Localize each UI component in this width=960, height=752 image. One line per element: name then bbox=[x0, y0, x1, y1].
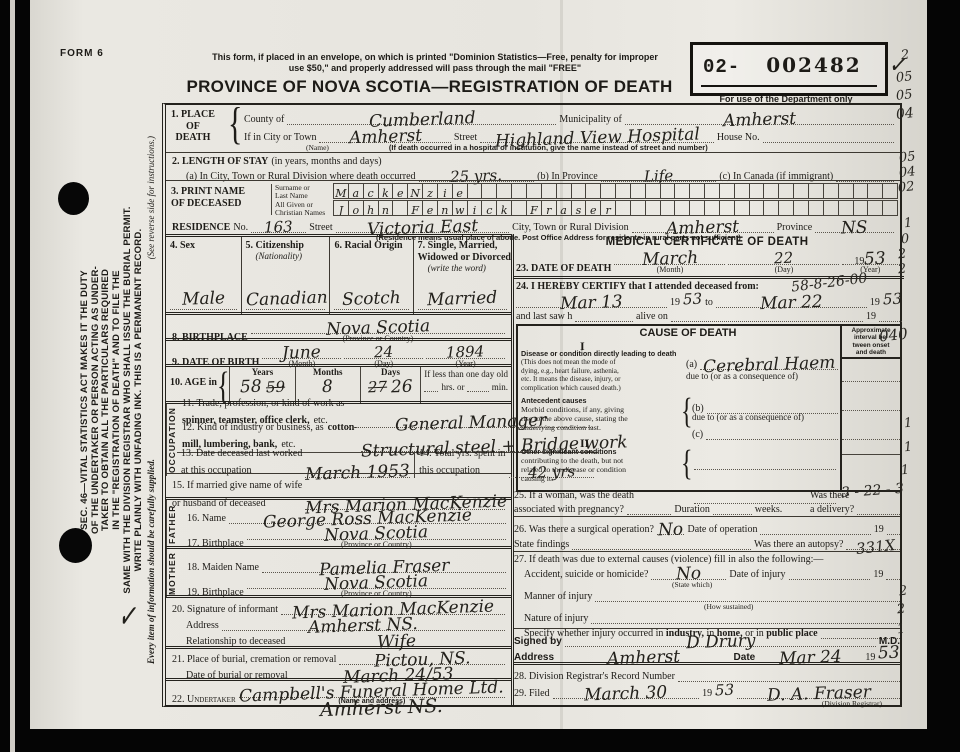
registrar-signature-field: D. A. Fraser bbox=[737, 683, 900, 699]
nature-field bbox=[591, 608, 900, 624]
record-number-field bbox=[678, 666, 900, 682]
other-bold-label: Other significant conditions bbox=[521, 447, 683, 456]
due-to-label-2: due to (or as a consequence of) bbox=[692, 412, 804, 422]
sex-value: Male bbox=[181, 288, 225, 309]
margin-annotation: 1 bbox=[896, 622, 906, 638]
house-no-field bbox=[763, 127, 894, 143]
letter-box: e bbox=[585, 200, 601, 216]
letter-box: F bbox=[407, 200, 423, 216]
findings-label: State findings bbox=[514, 539, 569, 550]
age-hours-cell: If less than one day old hrs. or min. bbox=[421, 367, 511, 404]
surname-letter-boxes: MackeNzie bbox=[334, 183, 898, 199]
racial-origin-value: Scotch bbox=[342, 288, 401, 310]
mother-name-label: 18. Maiden Name bbox=[187, 562, 259, 573]
father-name-label: 16. Name bbox=[187, 513, 226, 524]
letter-box-character: k bbox=[501, 204, 508, 216]
stamp-prefix: 02- bbox=[703, 56, 740, 78]
other-conditions-label-block: Other significant conditions contributin… bbox=[521, 447, 683, 484]
section-4-7: 4. Sex Male 5. Citizenship (Nationality)… bbox=[166, 234, 511, 315]
letter-box: a bbox=[348, 183, 364, 199]
name-sublabels: Surname or Last Name All Given or Christ… bbox=[271, 184, 325, 215]
form-number-label: FORM 6 bbox=[60, 48, 104, 59]
signed-by-label: Signed by bbox=[514, 636, 562, 647]
letter-box: N bbox=[407, 183, 423, 199]
age-days-label: Days bbox=[361, 367, 420, 377]
father-name-field: George Ross MacKenzie bbox=[229, 508, 506, 524]
letter-box bbox=[585, 183, 601, 199]
letter-box bbox=[645, 200, 661, 216]
margin-annotation: 05 bbox=[895, 69, 913, 86]
cause-of-death-title: CAUSE OF DEATH bbox=[598, 327, 778, 339]
name-note: (Name) bbox=[306, 143, 329, 152]
antecedent-label-block: Antecedent causes Morbid conditions, if … bbox=[521, 396, 683, 433]
burial-place-field: Pictou, NS. bbox=[339, 649, 505, 665]
cause-a-label: (a) bbox=[686, 359, 697, 370]
informant-signature-field: Mrs Marion MacKenzie bbox=[281, 599, 505, 615]
alive-on-label: alive on bbox=[636, 311, 668, 322]
envelope-instructions-line1: This form, if placed in an envelope, on … bbox=[200, 52, 670, 63]
place-of-death-label: 1. PLACE OF DEATH bbox=[171, 109, 215, 144]
relationship-field: Wife bbox=[288, 631, 505, 647]
letter-box-character: J bbox=[339, 204, 343, 216]
letter-box bbox=[734, 183, 750, 199]
margin-annotation: 2 bbox=[900, 48, 910, 64]
cell-racial-origin: 6. Racial Origin Scotch bbox=[329, 237, 412, 315]
residence-label: RESIDENCE bbox=[172, 222, 230, 233]
last-saw-blank bbox=[575, 306, 633, 322]
operation-field: No bbox=[657, 519, 685, 535]
autopsy-label: Was there an autopsy? bbox=[754, 539, 843, 550]
letter-box bbox=[481, 183, 497, 199]
handwritten-checkmark: ✓ bbox=[117, 594, 137, 639]
residence-division-field: Amherst bbox=[632, 217, 774, 233]
age-hrs-label: hrs. or bbox=[441, 382, 464, 392]
injury-year-pre: 19 bbox=[873, 569, 883, 580]
letter-box bbox=[719, 183, 735, 199]
letter-box bbox=[778, 200, 794, 216]
letter-box: k bbox=[496, 200, 512, 216]
stamp-number: 002482 bbox=[766, 53, 862, 77]
sidebar-secondary-notes: Every item of information should be care… bbox=[146, 136, 156, 664]
letter-box-character: a bbox=[560, 204, 567, 216]
residence-street-label: Street bbox=[309, 222, 332, 233]
letter-box bbox=[763, 183, 779, 199]
operation-date-field bbox=[760, 519, 870, 535]
cell-sex: 4. Sex Male bbox=[166, 237, 241, 315]
department-stamp-box: 02- 002482 ✓ bbox=[690, 42, 888, 96]
accident-label: Accident, suicide or homicide? bbox=[524, 569, 648, 580]
letter-box-character: k bbox=[382, 187, 389, 199]
letter-box bbox=[823, 183, 839, 199]
undertaker-label: 22. Undertaker bbox=[172, 694, 236, 705]
letter-box: r bbox=[541, 200, 557, 216]
findings-field bbox=[572, 534, 751, 550]
letter-box bbox=[734, 200, 750, 216]
section-informant: 20. Signature of informant Mrs Marion Ma… bbox=[166, 595, 511, 650]
signed-year-value: 53 bbox=[878, 643, 900, 664]
manner-label: Manner of injury bbox=[524, 591, 592, 602]
other-brace: { bbox=[681, 446, 693, 482]
injury-date-label: Date of injury bbox=[729, 569, 785, 580]
margin-annotation: 2 bbox=[897, 262, 907, 278]
section-date-of-death: 23. DATE OF DEATH March (Month) 22 (Day)… bbox=[516, 249, 898, 276]
envelope-instructions-line2: use $50," and properly addressed will pa… bbox=[200, 63, 670, 74]
margin-annotation: 1 bbox=[903, 216, 913, 232]
given-name-letter-boxes: JohnFenwickFraser bbox=[334, 200, 898, 216]
section-place-of-death: 1. PLACE OF DEATH { County of Cumberland… bbox=[166, 105, 900, 152]
letter-box: a bbox=[556, 200, 572, 216]
letter-box-character: e bbox=[397, 187, 404, 199]
margin-annotation: 02 bbox=[897, 179, 915, 196]
letter-box: n bbox=[378, 200, 394, 216]
residence-no-label: No. bbox=[233, 222, 248, 233]
letter-box bbox=[615, 200, 631, 216]
accident-value: No bbox=[676, 564, 702, 585]
letter-box-character: i bbox=[473, 204, 477, 216]
age-days-value: 26 bbox=[391, 377, 413, 398]
filed-date-field: March 30 bbox=[553, 683, 700, 699]
letter-box bbox=[630, 200, 646, 216]
letter-box: w bbox=[452, 200, 468, 216]
citizenship-value: Canadian bbox=[245, 288, 327, 311]
letter-box: c bbox=[481, 200, 497, 216]
letter-box bbox=[838, 200, 854, 216]
length-of-stay-label: 2. LENGTH OF STAY bbox=[172, 156, 268, 167]
place-label-3: DEATH bbox=[176, 132, 211, 143]
letter-box bbox=[823, 200, 839, 216]
letter-box bbox=[853, 200, 869, 216]
letter-box: M bbox=[333, 183, 349, 199]
letter-box bbox=[853, 183, 869, 199]
letter-box: e bbox=[392, 183, 408, 199]
informant-address-label: Address bbox=[186, 620, 219, 631]
pregnancy-label-2: associated with pregnancy? bbox=[514, 504, 624, 515]
letter-box bbox=[496, 183, 512, 199]
letter-box bbox=[556, 183, 572, 199]
margin-annotation: 1 bbox=[903, 416, 913, 432]
age-min-label: min. bbox=[492, 382, 508, 392]
sidebar-rotated-notice: SEC. 46—VITAL STATISTICS ACT MAKES IT TH… bbox=[80, 100, 146, 700]
nature-label: Nature of injury bbox=[524, 613, 588, 624]
letter-box bbox=[704, 183, 720, 199]
section-date-of-birth: 9. DATE OF BIRTH June (Month) 24 (Day) 1… bbox=[166, 338, 511, 367]
letter-box: J bbox=[333, 200, 349, 216]
citizenship-sublabel: (Nationality) bbox=[242, 251, 330, 261]
weeks-label: weeks. bbox=[755, 504, 783, 515]
given-sublabel-2: Christian Names bbox=[275, 208, 325, 217]
letter-box bbox=[763, 200, 779, 216]
delivery-field bbox=[857, 499, 900, 515]
section-signed: Signed by D Drury M.D. Address Amherst D… bbox=[514, 628, 900, 664]
letter-box-character: r bbox=[546, 204, 551, 216]
cell-citizenship: 5. Citizenship (Nationality) Canadian bbox=[241, 237, 330, 315]
medical-certificate-header: MEDICAL CERTIFICATE OF DEATH bbox=[514, 236, 900, 248]
section-occupation: OCCUPATION 11. Trade, profession, or kin… bbox=[166, 401, 511, 476]
letter-box bbox=[838, 183, 854, 199]
margin-annotation: 04 bbox=[895, 105, 914, 123]
letter-box bbox=[660, 200, 676, 216]
scanned-death-certificate: FORM 6 SEC. 46—VITAL STATISTICS ACT MAKE… bbox=[0, 0, 960, 752]
letter-box bbox=[749, 183, 765, 199]
letter-box bbox=[793, 183, 809, 199]
birth-day-value: 24 bbox=[374, 343, 394, 362]
birthplace-value: Nova Scotia bbox=[326, 316, 431, 340]
letter-box: r bbox=[600, 200, 616, 216]
letter-box bbox=[674, 200, 690, 216]
marital-value: Married bbox=[427, 288, 498, 310]
letter-box bbox=[392, 200, 408, 216]
signed-date-field: Mar 24 bbox=[758, 647, 862, 663]
every-item-note: Every item of information should be care… bbox=[146, 459, 156, 664]
filed-year-value: 53 bbox=[715, 681, 735, 700]
death-day-field: 22 (Day) bbox=[728, 249, 839, 274]
filed-label: 29. Filed bbox=[514, 688, 550, 699]
signed-by-field: D Drury bbox=[565, 631, 876, 647]
interval-column: Approximate interval be- tween onset and… bbox=[840, 326, 900, 490]
father-name-row: 16. Name George Ross MacKenzie bbox=[182, 500, 511, 524]
death-year-value: 53 bbox=[864, 249, 886, 270]
pregnancy-field bbox=[627, 499, 671, 515]
letter-box bbox=[882, 183, 898, 199]
trade-label-1: 11. Trade, profession, or kind of work a… bbox=[182, 398, 344, 409]
letter-box: z bbox=[422, 183, 438, 199]
birth-month-value: June bbox=[282, 342, 321, 363]
alive-on-field bbox=[671, 306, 863, 322]
filed-year-pre: 19 bbox=[702, 688, 712, 699]
mother-name-field: Pamelia Fraser bbox=[262, 557, 506, 573]
print-name-label-1: 3. PRINT NAME bbox=[171, 186, 245, 197]
duration-label: Duration bbox=[674, 504, 710, 515]
letter-box bbox=[689, 200, 705, 216]
letter-box: i bbox=[437, 183, 453, 199]
page-title: PROVINCE OF NOVA SCOTIA—REGISTRATION OF … bbox=[172, 77, 687, 97]
section-mother: MOTHER 18. Maiden Name Pamelia Fraser 19… bbox=[166, 546, 511, 598]
registration-form: 1. PLACE OF DEATH { County of Cumberland… bbox=[162, 103, 902, 707]
letter-box bbox=[526, 183, 542, 199]
section-filed: 29. Filed March 30 1953 D. A. Fraser (Di… bbox=[514, 682, 900, 705]
margin-annotation: 05 bbox=[895, 87, 913, 104]
marital-label-2: Widowed or Divorced bbox=[418, 252, 511, 263]
letter-box bbox=[615, 183, 631, 199]
letter-box-character: e bbox=[427, 204, 434, 216]
letter-box-character: a bbox=[352, 187, 359, 199]
letter-box bbox=[511, 183, 527, 199]
letter-box-character: e bbox=[456, 187, 463, 199]
margin-annotation: 040 bbox=[878, 325, 908, 346]
letter-box: k bbox=[378, 183, 394, 199]
death-day-value: 22 bbox=[774, 249, 794, 268]
street-label: Street bbox=[454, 132, 477, 143]
place-label-2: OF bbox=[186, 121, 200, 132]
letter-box bbox=[511, 200, 527, 216]
mother-name-row: 18. Maiden Name Pamelia Fraser bbox=[182, 549, 511, 573]
marital-label-1: 7. Single, Married, bbox=[418, 240, 498, 251]
letter-box-character: z bbox=[427, 187, 433, 199]
racial-origin-label: 6. Racial Origin bbox=[334, 240, 402, 251]
municipality-field: Amherst bbox=[625, 109, 894, 125]
letter-box: s bbox=[571, 200, 587, 216]
age-years-label: Years bbox=[230, 367, 294, 377]
county-label: County of bbox=[244, 114, 284, 125]
residence-province-field: NS bbox=[815, 217, 894, 233]
birth-year-value: 1894 bbox=[446, 342, 485, 361]
residence-province-label: Province bbox=[777, 222, 813, 233]
registrar-signature: D. A. Fraser bbox=[766, 682, 871, 706]
margin-annotation: 1 bbox=[903, 440, 913, 456]
length-of-stay-paren: (in years, months and days) bbox=[271, 156, 381, 167]
letter-box-character: F bbox=[411, 204, 419, 216]
letter-box: i bbox=[467, 200, 483, 216]
due-to-label-1: due to (or as a consequence of) bbox=[686, 371, 798, 381]
letter-box bbox=[778, 183, 794, 199]
letter-box-character: n bbox=[382, 204, 389, 216]
place-brace: { bbox=[228, 103, 242, 148]
cause-of-death-box: Approximate interval be- tween onset and… bbox=[516, 324, 902, 492]
municipality-label: Municipality of bbox=[559, 114, 622, 125]
letter-box-character: e bbox=[590, 204, 597, 216]
residence-no-field: 163 bbox=[251, 217, 306, 233]
section-print-name: 3. PRINT NAME OF DECEASED Surname or Las… bbox=[166, 180, 900, 218]
letter-box bbox=[541, 183, 557, 199]
place-label-1: PLACE bbox=[181, 109, 215, 120]
margin-annotation: 2 bbox=[897, 247, 907, 263]
letter-box bbox=[645, 183, 661, 199]
section-burial: 21. Place of burial, cremation or remova… bbox=[166, 646, 511, 681]
father-side-label: FATHER bbox=[166, 500, 182, 549]
letter-box bbox=[749, 200, 765, 216]
envelope-instructions: This form, if placed in an envelope, on … bbox=[200, 52, 670, 75]
informant-label: 20. Signature of informant bbox=[172, 604, 278, 615]
residence-division-label: City, Town or Rural Division bbox=[512, 222, 629, 233]
letter-box bbox=[719, 200, 735, 216]
cause-c-label: (c) bbox=[692, 429, 703, 440]
letter-box-character: c bbox=[486, 204, 492, 216]
citizenship-label: 5. Citizenship bbox=[246, 240, 304, 251]
city-label: If in City or Town bbox=[244, 132, 316, 143]
letter-box-character: r bbox=[605, 204, 610, 216]
mother-birth-value: Nova Scotia bbox=[324, 571, 429, 595]
margin-annotation: 2 bbox=[898, 584, 908, 600]
county-field: Cumberland bbox=[287, 109, 556, 125]
death-month-field: March (Month) bbox=[614, 249, 725, 274]
other-field-1 bbox=[694, 454, 836, 470]
print-name-label-2: OF DECEASED bbox=[171, 198, 241, 209]
cell-marital-status: 7. Single, Married, Widowed or Divorced … bbox=[413, 237, 511, 315]
informant-address-field: Amherst NS. bbox=[222, 615, 505, 631]
accident-field: No bbox=[651, 564, 726, 580]
father-birth-value: Nova Scotia bbox=[324, 522, 429, 546]
manner-field bbox=[595, 586, 900, 602]
section-residence: RESIDENCE No. 163 Street Victoria East C… bbox=[166, 217, 900, 234]
letter-box-character: n bbox=[441, 204, 448, 216]
letter-box-character: N bbox=[410, 187, 420, 199]
antecedent-bold-label: Antecedent causes bbox=[521, 396, 683, 405]
letter-box: e bbox=[452, 183, 468, 199]
death-year-field: 1953 (Year) bbox=[842, 249, 898, 274]
letter-box: e bbox=[422, 200, 438, 216]
date-of-death-label: 23. DATE OF DEATH bbox=[516, 263, 611, 274]
section-number: 1. bbox=[171, 109, 179, 120]
record-number-label: 28. Division Registrar's Record Number bbox=[514, 671, 675, 682]
letter-box-character: h bbox=[367, 204, 374, 216]
section-father: FATHER 16. Name George Ross MacKenzie 17… bbox=[166, 497, 511, 549]
burial-place-label: 21. Place of burial, cremation or remova… bbox=[172, 654, 336, 665]
street-field: Highland View Hospital bbox=[480, 127, 714, 143]
letter-box bbox=[571, 183, 587, 199]
letter-box bbox=[808, 183, 824, 199]
letter-box-character: w bbox=[455, 204, 464, 216]
print-name-label: 3. PRINT NAME OF DECEASED bbox=[171, 186, 245, 210]
letter-box bbox=[808, 200, 824, 216]
industry-label-1: 12. Kind of industry or business, as bbox=[182, 422, 324, 433]
letter-box bbox=[704, 200, 720, 216]
see-reverse-note: (See reverse side for instructions.) bbox=[146, 136, 156, 259]
antecedent-brace: { bbox=[681, 394, 693, 430]
letter-box: n bbox=[437, 200, 453, 216]
letter-box bbox=[689, 183, 705, 199]
letter-box bbox=[467, 183, 483, 199]
duration-field bbox=[713, 499, 752, 515]
letter-box bbox=[793, 200, 809, 216]
letter-box bbox=[660, 183, 676, 199]
letter-box bbox=[674, 183, 690, 199]
letter-box-character: s bbox=[576, 204, 582, 216]
undertaker-city-value: Amherst NS. bbox=[320, 695, 443, 721]
mother-side-label: MOTHER bbox=[166, 549, 182, 598]
cause-a-field: Cerebral Haem bbox=[700, 354, 838, 370]
city-value: Amherst bbox=[348, 126, 422, 149]
delivery-label-2: a delivery? bbox=[810, 504, 854, 515]
margin-annotation: 2 bbox=[896, 602, 906, 618]
letter-box: h bbox=[363, 200, 379, 216]
letter-box-character: F bbox=[530, 204, 538, 216]
age-months-label: Months bbox=[296, 367, 360, 377]
letter-box: c bbox=[363, 183, 379, 199]
spouse-label-1: 15. If married give name of wife bbox=[172, 480, 302, 491]
letter-box bbox=[630, 183, 646, 199]
age-days-cell: Days 27 26 bbox=[360, 367, 421, 404]
age-days-struck: 27 bbox=[368, 378, 388, 397]
section-birthplace: 8. BIRTHPLACE Nova Scotia (Province or C… bbox=[166, 312, 511, 341]
death-month-value: March bbox=[642, 248, 699, 270]
letter-box: o bbox=[348, 200, 364, 216]
physician-address-field: Amherst bbox=[557, 647, 731, 663]
letter-box-character: o bbox=[352, 204, 359, 216]
section-external-causes: 27. If death was due to external causes … bbox=[514, 551, 900, 631]
residence-street-field: Victoria East bbox=[336, 217, 509, 233]
letter-box bbox=[867, 183, 883, 199]
last-worked-label-1: 13. Date deceased last worked bbox=[181, 448, 302, 459]
letter-box bbox=[867, 200, 883, 216]
sex-label: 4. Sex bbox=[170, 240, 195, 251]
cause-a-row: (a) Cerebral Haem bbox=[686, 354, 838, 370]
marital-sublabel: (write the word) bbox=[428, 263, 486, 273]
house-no-label: House No. bbox=[717, 132, 760, 143]
letter-box: F bbox=[526, 200, 542, 216]
film-edge-stripe bbox=[10, 0, 15, 752]
letter-box-character: c bbox=[368, 187, 374, 199]
disease-label-block: Disease or condition directly leading to… bbox=[521, 350, 683, 392]
cause-c-field bbox=[706, 424, 838, 440]
letter-box-character: i bbox=[443, 187, 447, 199]
margin-annotation: 0 bbox=[900, 232, 910, 248]
stamp-underline bbox=[701, 85, 877, 87]
section-operation: 26. Was there a surgical operation? No D… bbox=[514, 516, 900, 554]
cause-c-row: (c) bbox=[692, 424, 838, 440]
occupation-side-label: OCCUPATION bbox=[166, 404, 177, 476]
filed-date-value: March 30 bbox=[584, 683, 668, 706]
injury-date-field bbox=[789, 564, 871, 580]
